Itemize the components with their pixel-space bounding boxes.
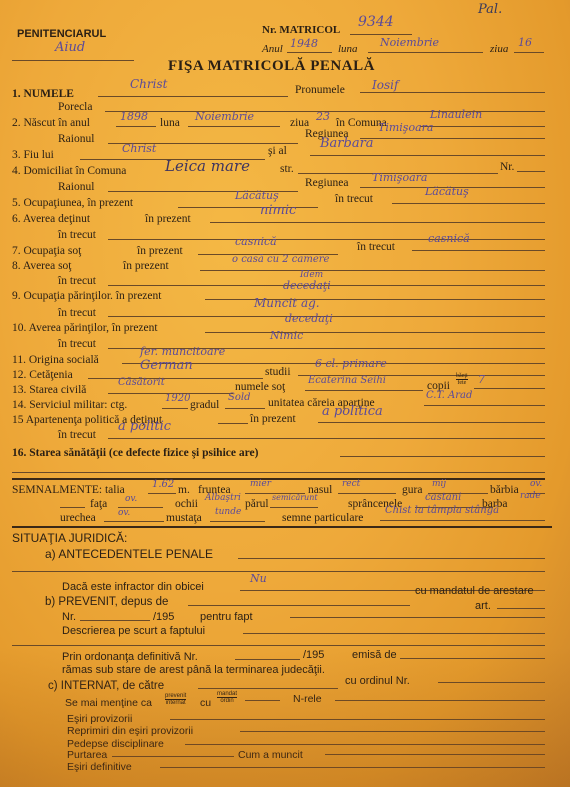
- antecedente-label: a) ANTECEDENTELE PENALE: [45, 548, 213, 561]
- ocupatia-sot-trecut: casnică: [428, 233, 470, 245]
- top-note: Pal.: [478, 4, 502, 16]
- ocupatia-parinti-trecut-label: în trecut: [58, 307, 96, 320]
- ocupatia-prezent: Lăcătuş: [235, 190, 279, 202]
- sanatate-line-2: [12, 472, 545, 473]
- sprancenele-value: castani: [425, 492, 461, 504]
- antecedente-line-2: [12, 571, 545, 572]
- sanatate-label: 16. Starea sănătăţii (ce defecte fizice …: [12, 447, 258, 460]
- copii-fete: fete: [456, 380, 468, 386]
- ocupatia-trecut-line: [392, 203, 545, 204]
- pronumele-line: [360, 92, 545, 93]
- emisa-label: emisă de: [352, 649, 397, 662]
- cu-label: cu: [200, 697, 211, 710]
- anul-value: 1948: [290, 38, 318, 50]
- starea-civila-label: 13. Starea civilă: [12, 384, 86, 397]
- nasul-value: rect: [342, 478, 360, 490]
- internat-line: [198, 688, 338, 689]
- prevenit-fraction: prevenit internat: [165, 693, 186, 706]
- semne-label: semne particulare: [282, 512, 363, 525]
- regiunea-value: Timişoara: [378, 122, 433, 134]
- matricol-line: [350, 34, 412, 35]
- averea-parinti-prezent-line: [205, 332, 545, 333]
- serviciul-ctg: 1920: [165, 393, 190, 405]
- si-al-label: şi al: [268, 145, 287, 158]
- cetatenia-line: [88, 378, 263, 379]
- talia-line: [148, 493, 176, 494]
- semnalmente-label: SEMNALMENTE: talia: [12, 484, 125, 497]
- ziua-label: ziua: [490, 43, 508, 56]
- gradul-value: Sold: [228, 392, 250, 404]
- mandat-line: [245, 700, 280, 701]
- nascut-luna-line: [188, 126, 280, 127]
- averea-parinti-trecut-label: în trecut: [58, 338, 96, 351]
- apartenenta-dash: [218, 423, 248, 424]
- gura-label: gura: [402, 484, 422, 497]
- apartenenta-prezent-line: [318, 422, 545, 423]
- ocupatia-parinti-label: 9. Ocupaţia părinţilor. în prezent: [12, 290, 161, 303]
- apartenenta-trecut: a politic: [118, 421, 171, 433]
- situatia-title: SITUAŢIA JURIDICĂ:: [12, 532, 127, 545]
- apartenenta-trecut-label: în trecut: [58, 429, 96, 442]
- mustata-label: mustaţa: [166, 512, 202, 525]
- ocupatia-sot-trecut-line: [412, 250, 545, 251]
- gradul-line: [225, 408, 265, 409]
- infractor-value: Nu: [250, 573, 267, 585]
- purtarea-line: [112, 756, 234, 757]
- semne-value: Chist la tâmpla stângă: [385, 505, 499, 517]
- descrierea-label: Descrierea pe scurt a faptului: [62, 625, 205, 638]
- origina-value: fer. muncitoare: [140, 346, 225, 358]
- pedepse-line: [185, 744, 545, 745]
- barbia-label: bărbia: [490, 484, 519, 497]
- urechea-value: ov.: [118, 507, 130, 519]
- raionul2-label: Raionul: [58, 181, 94, 194]
- cetatenia-value: German: [140, 360, 193, 372]
- porecla-label: Porecla: [58, 101, 92, 114]
- parul-value: semicărunt: [272, 492, 318, 504]
- prevenit-label: b) PREVENIT, depus de: [45, 596, 168, 609]
- parul-label: părul: [245, 498, 269, 511]
- raionul-label: Raionul: [58, 133, 94, 146]
- fata-dash: [60, 507, 85, 508]
- unitatea-line: [424, 405, 545, 406]
- luna-label: luna: [338, 43, 358, 56]
- institution-value: Aiud: [55, 42, 85, 54]
- luna-value: Noiembrie: [380, 37, 439, 49]
- averea-parinti-trecut: Nimic: [270, 330, 303, 342]
- ordonanta-label: Prin ordonanţa definitivă Nr.: [62, 651, 198, 664]
- ordin-bottom: ordin: [217, 698, 237, 704]
- serviciul-ctg-line: [162, 408, 188, 409]
- nr-line-b: [80, 620, 150, 621]
- barbia-value: ov.: [530, 478, 542, 490]
- ochii-label: ochii: [175, 498, 198, 511]
- luna-line: [368, 52, 483, 53]
- descrierea-line-2: [12, 645, 545, 646]
- averea-prezent-line: [210, 222, 545, 223]
- ocupatia-sot-prezent: casnică: [235, 236, 277, 248]
- mandat-label: cu mandatul de arestare: [415, 585, 534, 598]
- serviciul-label: 14. Serviciul militar: ctg.: [12, 399, 127, 412]
- matricol-value: 9344: [358, 16, 394, 28]
- studii-value: 6 cl. primare: [315, 358, 387, 370]
- averea-trecut-label: în trecut: [58, 229, 96, 242]
- ocupatia-sot-label: 7. Ocupaţia soţ: [12, 245, 81, 258]
- fruntea-value: mier: [250, 478, 271, 490]
- apartenenta-trecut-line: [108, 438, 545, 439]
- numele-sot-value: Ecaterina Seihi: [308, 375, 386, 387]
- averea-sot-trecut-label: în trecut: [58, 275, 96, 288]
- averea-sot-prezent-line: [200, 270, 545, 271]
- ocupatia-sot-trecut-label: în trecut: [357, 241, 395, 254]
- averea-trecut-line: [108, 239, 545, 240]
- ocupatia-parinti-trecut: Muncit ag.: [254, 297, 320, 309]
- copii-value: 7: [478, 374, 485, 386]
- nrele-line: [335, 700, 545, 701]
- ziua-line: [514, 52, 544, 53]
- internat-label: c) INTERNAT, de către: [48, 680, 164, 693]
- prevenit-line: [188, 605, 410, 606]
- parul-line: [270, 507, 318, 508]
- ordonanta-line: [235, 659, 300, 660]
- averea-sot-label: 8. Averea soţ: [12, 260, 72, 273]
- comuna-line: [420, 126, 545, 127]
- semne-line: [380, 520, 545, 521]
- antecedente-line: [238, 558, 545, 559]
- ocupatia-sot-prezent-label: în prezent: [137, 245, 183, 258]
- origina-label: 11. Origina socială: [12, 354, 99, 367]
- prison-record-card: PENITENCIARUL Aiud Nr. MATRICOL 9344 Pal…: [0, 0, 570, 787]
- internat-bottom: internat: [165, 700, 186, 706]
- mama-line: [310, 155, 545, 156]
- pentru-fapt-label: pentru fapt: [200, 611, 253, 624]
- averea-parinti-label: 10. Averea părinţilor, în prezent: [12, 322, 158, 335]
- page-title: FIŞA MATRICOLĂ PENALĂ: [168, 58, 375, 75]
- mentine-label: Se mai menţine ca: [65, 697, 152, 710]
- urechea-label: urechea: [60, 512, 96, 525]
- copii-line: [474, 388, 545, 389]
- fata-label: faţa: [90, 498, 107, 511]
- averea-sot-prezent-label: în prezent: [123, 260, 169, 273]
- mama-value: Barbara: [320, 138, 374, 150]
- regiunea-line: [360, 138, 545, 139]
- nascut-an-line: [116, 126, 156, 127]
- ramas-label: rămas sub stare de arest până la termina…: [62, 664, 325, 677]
- nasul-line: [338, 493, 396, 494]
- nascut-label: 2. Născut în anul: [12, 117, 90, 130]
- averea-prezent: nimic: [260, 205, 296, 217]
- pronumele-label: Pronumele: [295, 84, 345, 97]
- mandat-fraction: mandat ordin: [217, 691, 237, 704]
- nrele-label: N-rele: [293, 693, 322, 706]
- numele-label: 1. NUMELE: [12, 88, 74, 101]
- emisa-line: [400, 658, 545, 659]
- nr-195: /195: [153, 611, 174, 624]
- mustata-value: tunde: [215, 506, 241, 518]
- descrierea-line: [243, 633, 545, 634]
- domiciliat-label: 4. Domiciliat în Comuna: [12, 165, 126, 178]
- pentru-fapt-line: [290, 617, 545, 618]
- esiri-def-label: Eşiri definitive: [67, 761, 132, 774]
- barba-value: rade: [520, 490, 541, 502]
- apartenenta-prezent: a politica: [322, 406, 383, 418]
- nr-label: Nr.: [500, 161, 514, 174]
- esiri-def-line: [160, 767, 545, 768]
- prevenit-top: prevenit: [165, 693, 186, 700]
- nascut-luna-label: luna: [160, 117, 180, 130]
- unitatea-value: C.T. Arad: [426, 390, 472, 402]
- averea-label: 6. Averea deţinut: [12, 213, 90, 226]
- ocupatia-label: 5. Ocupaţiunea, în prezent: [12, 197, 133, 210]
- ocupatia-parinti-prezent: decedaţi: [283, 280, 331, 292]
- matricol-label: Nr. MATRICOL: [262, 24, 340, 37]
- fiu-label: 3. Fiu lui: [12, 149, 54, 162]
- ordinul-label: cu ordinul Nr.: [345, 675, 410, 688]
- str-label: str.: [280, 163, 294, 176]
- institution-line: [12, 60, 134, 61]
- numele-line: [98, 96, 288, 97]
- averea-parinti-prezent: decedaţi: [285, 313, 333, 325]
- studii-label: studii: [265, 366, 291, 379]
- art-line: [497, 608, 545, 609]
- cetatenia-label: 12. Cetăţenia: [12, 369, 73, 382]
- anul-line: [287, 52, 332, 53]
- averea-sot-prezent: o casă cu 2 camere: [232, 254, 329, 266]
- ocupatia-prezent-line: [178, 207, 318, 208]
- nascut-an: 1898: [120, 111, 148, 123]
- numele-value: Christ: [130, 78, 167, 90]
- copii-fraction: băeţi fete: [456, 373, 468, 386]
- ziua-value: 16: [518, 37, 532, 49]
- cum-muncit-label: Cum a muncit: [238, 749, 303, 762]
- ordinul-line: [438, 682, 545, 683]
- ochii-value: Albaştri: [205, 492, 241, 504]
- reprimiri-line: [240, 731, 545, 732]
- mandat-top: mandat: [217, 691, 237, 698]
- ocupatia-trecut: Lăcătuş: [425, 186, 469, 198]
- averea-prezent-label: în prezent: [145, 213, 191, 226]
- apartenenta-prezent-label: în prezent: [250, 413, 296, 426]
- section-divider-1: [12, 478, 545, 480]
- anul-label: Anul: [262, 43, 283, 56]
- fiu-value: Christ: [122, 143, 156, 155]
- regiunea2-label: Regiunea: [305, 177, 348, 190]
- ocupatia-trecut-label: în trecut: [335, 193, 373, 206]
- mustata-line: [210, 521, 265, 522]
- starea-civila-value: Căsătorit: [118, 377, 165, 389]
- nr-label-b: Nr.: [62, 611, 76, 624]
- nr-line: [517, 171, 545, 172]
- art-label: art.: [475, 600, 491, 613]
- nascut-ziua: 23: [316, 111, 330, 123]
- esiri-prov-line: [170, 719, 545, 720]
- copii-baeti: băeţi: [456, 373, 468, 380]
- regiunea2-value: Timişoara: [372, 172, 427, 184]
- urechea-line: [104, 521, 164, 522]
- infractor-label: Dacă este infractor din obicei: [62, 581, 204, 594]
- gura-value: mij: [432, 478, 446, 490]
- talia-value: 1.62: [152, 479, 174, 491]
- numele-sot-line: [305, 390, 423, 391]
- gradul-label: gradul: [190, 399, 219, 412]
- section-divider-2: [12, 526, 552, 528]
- m-label: m.: [178, 484, 190, 497]
- reprimiri-label: Reprimiri din eşiri provizorii: [67, 725, 193, 738]
- domiciliat-value: Leica mare: [165, 158, 250, 174]
- nascut-luna: Noiembrie: [195, 111, 254, 123]
- cum-muncit-line: [325, 754, 545, 755]
- comuna-value: Linaulein: [430, 109, 482, 121]
- sanatate-line: [340, 456, 545, 457]
- fata-value: ov.: [125, 493, 137, 505]
- pronumele-value: Iosif: [372, 79, 398, 91]
- ordonanta-195: /195: [303, 649, 324, 662]
